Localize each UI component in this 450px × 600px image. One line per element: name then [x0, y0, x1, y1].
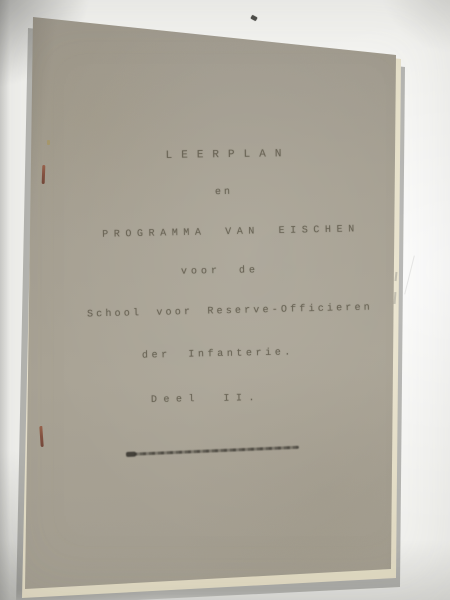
title-line-deel-ii: Deel II.	[151, 393, 261, 406]
cover-paper-texture	[0, 0, 450, 600]
pencil-mark	[404, 255, 415, 294]
photo-of-booklet: LEERPLAN en PROGRAMMA VAN EISCHEN voor d…	[0, 0, 450, 600]
title-line-voor-de: voor de	[181, 265, 259, 277]
paper-stain-speck	[47, 140, 50, 145]
dust-speck	[250, 15, 257, 21]
title-line-en: en	[215, 187, 233, 198]
title-line-leerplan: LEERPLAN	[166, 148, 291, 162]
